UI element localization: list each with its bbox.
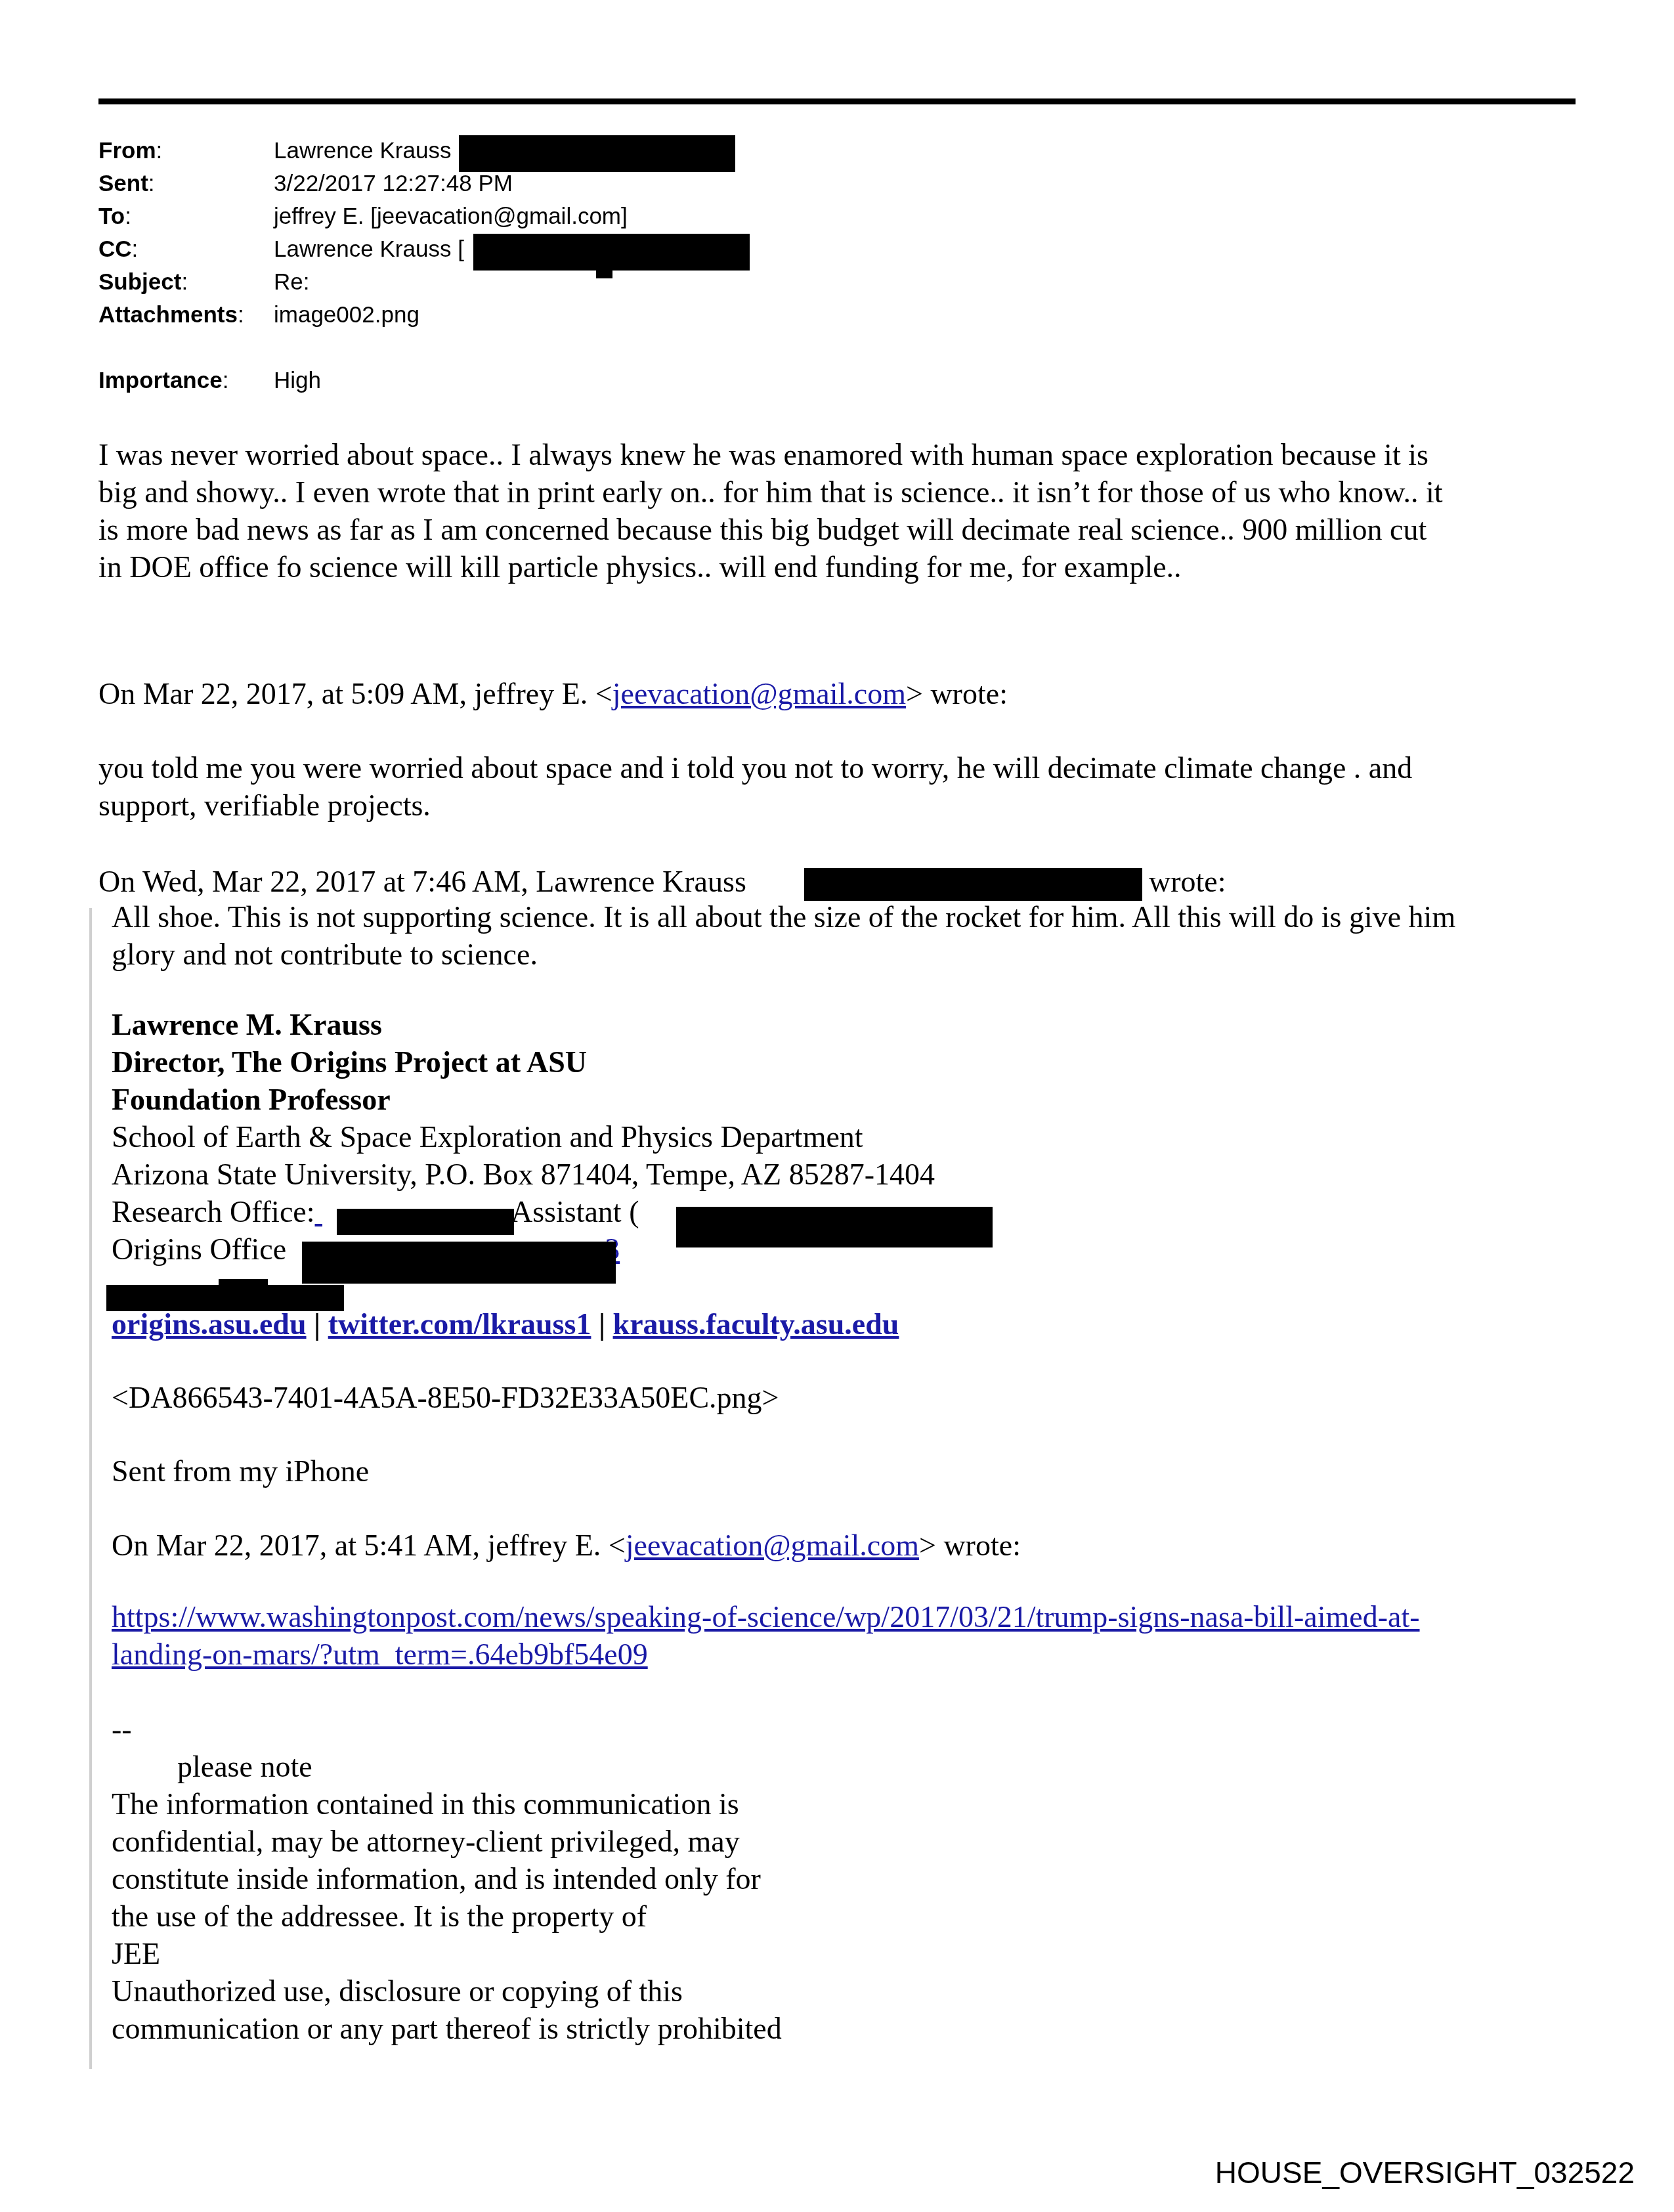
signature-name: Lawrence M. Krauss <box>112 1006 935 1043</box>
signature-dept: School of Earth & Space Exploration and … <box>112 1118 935 1156</box>
header-label-subject: Subject: <box>98 266 188 299</box>
link-krauss-faculty[interactable]: krauss.faculty.asu.edu <box>613 1307 899 1341</box>
redaction-origins-underline <box>219 1279 268 1285</box>
signature-title-professor: Foundation Professor <box>112 1081 935 1118</box>
disclaimer-line: Unauthorized use, disclosure or copying … <box>112 1972 782 2010</box>
redaction-reply2-email <box>804 868 1142 901</box>
disclaimer-line: communication or any part thereof is str… <box>112 2010 782 2047</box>
disclaimer-line: The information contained in this commun… <box>112 1785 782 1823</box>
reply1-line: you told me you were worried about space… <box>98 749 1412 787</box>
header-value-to: jeffrey E. [jeevacation@gmail.com] <box>274 200 628 233</box>
reply1-attribution: On Mar 22, 2017, at 5:09 AM, jeffrey E. … <box>98 675 1008 712</box>
sent-from-iphone: Sent from my iPhone <box>112 1452 369 1490</box>
signature-title-director: Director, The Origins Project at ASU <box>112 1043 935 1081</box>
header-label-importance: Importance: <box>98 364 228 397</box>
reply2-body: All shoe. This is not supporting science… <box>112 898 1455 973</box>
bates-number: HOUSE_OVERSIGHT_032522 <box>1215 2155 1635 2190</box>
reply2-attribution: On Wed, Mar 22, 2017 at 7:46 AM, Lawrenc… <box>98 863 746 900</box>
disclaimer-line: JEE <box>112 1935 782 1972</box>
reply3-attribution: On Mar 22, 2017, at 5:41 AM, jeffrey E. … <box>112 1527 1021 1564</box>
header-label-from: From: <box>98 135 162 167</box>
redaction-origins-phone <box>302 1242 616 1284</box>
header-rule <box>98 98 1576 104</box>
header-label-attachments: Attachments: <box>98 299 244 332</box>
reply1-line: support, verifiable projects. <box>98 787 1412 824</box>
header-label-sent: Sent: <box>98 167 155 200</box>
reply2-line: glory and not contribute to science. <box>112 936 1455 973</box>
attachment-reference[interactable]: <DA866543-7401-4A5A-8E50-FD32E33A50EC.pn… <box>112 1379 779 1416</box>
header-value-importance: High <box>274 364 321 397</box>
body-line: is more bad news as far as I am concerne… <box>98 511 1442 548</box>
redaction-assistant-phone <box>676 1207 993 1247</box>
body-line: big and showy.. I even wrote that in pri… <box>98 473 1442 511</box>
header-value-cc: Lawrence Krauss [ <box>274 233 464 266</box>
header-label-cc: CC: <box>98 233 138 266</box>
quote-bar <box>89 908 92 2069</box>
redaction-origins-extra <box>106 1285 344 1311</box>
reply3-url: https://www.washingtonpost.com/news/spea… <box>112 1598 1420 1673</box>
disclaimer-line: constitute inside information, and is in… <box>112 1860 782 1898</box>
link-origins-asu[interactable]: origins.asu.edu <box>112 1307 307 1341</box>
header-value-sent: 3/22/2017 12:27:48 PM <box>274 167 513 200</box>
reply3-email-link[interactable]: jeevacation@gmail.com <box>626 1529 919 1562</box>
body-line: I was never worried about space.. I alwa… <box>98 436 1442 473</box>
washington-post-link[interactable]: https://www.washingtonpost.com/news/spea… <box>112 1600 1420 1634</box>
redaction-research-phone <box>337 1209 514 1235</box>
email-body: I was never worried about space.. I alwa… <box>98 436 1442 586</box>
reply1-email-link[interactable]: jeevacation@gmail.com <box>612 677 906 710</box>
link-twitter[interactable]: twitter.com/lkrauss1 <box>328 1307 591 1341</box>
header-value-attachments[interactable]: image002.png <box>274 299 419 332</box>
washington-post-link-cont[interactable]: landing-on-mars/?utm_term=.64eb9bf54e09 <box>112 1637 648 1671</box>
reply2-attribution-suffix: wrote: <box>1149 863 1226 900</box>
disclaimer-dashes: -- <box>112 1710 782 1748</box>
redaction-from-email <box>459 135 735 172</box>
redaction-cc-tab <box>596 269 612 278</box>
body-line: in DOE office fo science will kill parti… <box>98 548 1442 586</box>
header-value-subject: Re: <box>274 266 309 299</box>
reply1-body: you told me you were worried about space… <box>98 749 1412 824</box>
disclaimer-please-note: please note <box>112 1748 782 1785</box>
disclaimer-line: confidential, may be attorney-client pri… <box>112 1823 782 1860</box>
disclaimer: -- please note The information contained… <box>112 1710 782 2047</box>
reply2-line: All shoe. This is not supporting science… <box>112 898 1455 936</box>
header-value-from: Lawrence Krauss <box>274 135 451 167</box>
signature-address: Arizona State University, P.O. Box 87140… <box>112 1156 935 1193</box>
header-label-to: To: <box>98 200 131 233</box>
redaction-cc-email <box>473 234 750 271</box>
disclaimer-line: the use of the addressee. It is the prop… <box>112 1898 782 1935</box>
